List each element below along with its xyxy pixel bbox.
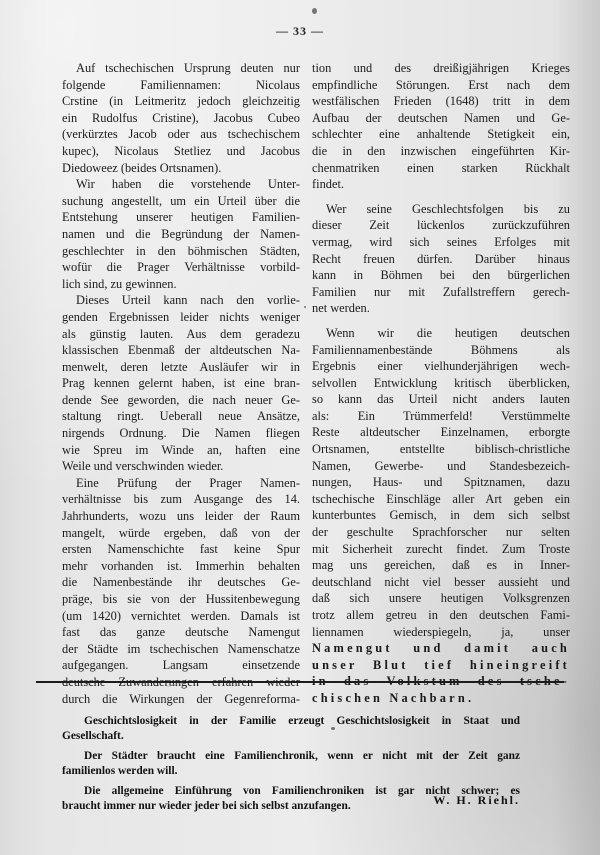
text-line: nungen, Haus- und Spitznamen, dazu: [312, 474, 570, 491]
quote-line: familienlos werden will.: [62, 764, 520, 779]
right-text-column: tion und des dreißigjährigen Krieges emp…: [312, 60, 570, 707]
text-line: chenmatriken einen starken Rückhalt: [312, 160, 570, 177]
text-line: selvollen Entwicklung kritisch überblick…: [312, 375, 570, 392]
text-line: der geschulte Sprachforscher nur selten: [312, 524, 570, 541]
text-line: Aufbau der deutschen Namen und Ge-: [312, 110, 570, 127]
text-line: Ortsnamen, entstellte biblisch-christlic…: [312, 441, 570, 458]
text-line: lich sind, zu gewinnen.: [62, 276, 300, 293]
text-line: Diedoweez (beides Ortsnamen).: [62, 160, 300, 177]
text-line: die Namenbestände ihr deutsches Ge-: [62, 574, 300, 591]
text-line: liennamen wiederspiegeln, ja, unser: [312, 624, 570, 641]
text-line: aufgegangen. Langsam einsetzende: [62, 657, 300, 674]
text-line-content: dieser Zeit lückenlos zurückzuführen: [312, 218, 570, 232]
text-line: der Städte im tschechischen Namenschatze: [62, 641, 300, 658]
emphasized-text-line: Namengut und damit auch: [312, 640, 570, 657]
paragraph: Auf tschechischen Ursprung deuten nur fo…: [62, 60, 300, 176]
text-line: Dieses Urteil kann nach den vorlie-: [62, 292, 300, 309]
text-line: tschechische Einschläge aller Art geben …: [312, 491, 570, 508]
quote-line: Gesellschaft.: [62, 729, 520, 744]
text-line: wie Spreu im Winde an, haften eine: [62, 442, 300, 459]
text-line: mangelt, würde ergeben, daß von der: [62, 525, 300, 542]
text-line: schlechter eine anhaltende Stetigkeit ei…: [312, 126, 570, 143]
text-line: mehr vorhanden ist. Immerhin behalten: [62, 558, 300, 575]
page-number: — 33 —: [0, 24, 600, 39]
paragraph: Wenn wir die heutigen deutschen Familien…: [312, 325, 570, 707]
text-line: Wenn wir die heutigen deutschen: [312, 325, 570, 342]
text-line: westfälischen Frieden (1648) tritt in de…: [312, 93, 570, 110]
text-line: namen und die Begründung der Namen-: [62, 226, 300, 243]
text-line: Entstehung unserer heutigen Familien-: [62, 209, 300, 226]
text-line: ein Rudolfus Cristine), Jacobus Cubeo: [62, 110, 300, 127]
text-line: als günstig lauten. Aus dem geradezu: [62, 326, 300, 343]
text-line: Jahrhunderts, wozu uns leider der Raum: [62, 508, 300, 525]
text-line: mag uns gereichen, daß es in Inner-: [312, 557, 570, 574]
text-line: Namen, Gewerbe- und Standesbezeich-: [312, 458, 570, 475]
paragraph: Wer seine Geschlechtsfolgen bis zu diese…: [312, 201, 570, 317]
quote-line: Der Städter braucht eine Familienchronik…: [62, 749, 520, 764]
text-line: findet.: [312, 176, 570, 193]
text-line: Eine Prüfung der Prager Namen-: [62, 475, 300, 492]
text-line: Weile und verschwinden wieder.: [62, 458, 300, 475]
text-line: so kann das Urteil nicht anders lauten: [312, 391, 570, 408]
quote-line: Geschichtslosigkeit in der Familie erzeu…: [62, 714, 520, 729]
paragraph: Eine Prüfung der Prager Namen- verhältni…: [62, 475, 300, 707]
quote-paragraph: Geschichtslosigkeit in der Familie erzeu…: [62, 714, 520, 743]
paragraph: Dieses Urteil kann nach den vorlie- gend…: [62, 292, 300, 475]
text-line: Ergebnis einer vielhunderjährigen wech-: [312, 358, 570, 375]
text-line: (verkürztes Jacob oder aus tschechischem: [62, 126, 300, 143]
text-line: mit Sicherheit zurecht findet. Zum Trost…: [312, 541, 570, 558]
text-line: Auf tschechischen Ursprung deuten nur: [62, 60, 300, 77]
horizontal-divider: [36, 681, 564, 683]
emphasized-text-line: chischen Nachbarn.: [312, 690, 570, 707]
ink-speck: [312, 8, 317, 14]
text-line: staltung ringt. Ueberall neue Ansätze,: [62, 408, 300, 425]
paragraph: Wir haben die vorstehende Unter- suchung…: [62, 176, 300, 292]
text-line: dieser Zeit lückenlos zurückzuführen: [312, 217, 570, 234]
text-line: net werden.: [312, 300, 570, 317]
text-line: menwelt, deren letzte Ausläufer wir in: [62, 359, 300, 376]
text-line: vermag, wird sich seines Erfolges mit: [312, 234, 570, 251]
text-line: kupec), Nicolaus Stetliez und Jacobus: [62, 143, 300, 160]
quote-author-signature: W. H. Riehl.: [410, 793, 520, 808]
text-line: geschlechter in den böhmischen Städten,: [62, 243, 300, 260]
text-line: kann in Böhmen bei den bürgerlichen: [312, 267, 570, 284]
text-line: verhältnisse bis zum Ausgange des 14.: [62, 491, 300, 508]
text-line: wofür die Prager Verhältnisse vorbild-: [62, 259, 300, 276]
quote-paragraph: Der Städter braucht eine Familienchronik…: [62, 749, 520, 778]
text-line: kunterbuntes Gemisch, in dem sich selbst: [312, 507, 570, 524]
text-line: folgende Familiennamen: Nicolaus: [62, 77, 300, 94]
text-line: Crstine (in Leitmeritz jedoch gleichzeit…: [62, 93, 300, 110]
text-line: Reste altdeutscher Einzelnamen, erborgte: [312, 424, 570, 441]
text-line: dende See geworden, die nach neuer Ge-: [62, 392, 300, 409]
text-line: Familien nur mit Zufallstreffern gerech-: [312, 284, 570, 301]
text-line: (um 1420) vernichtet werden. Damals ist: [62, 608, 300, 625]
text-line: präge, bis sie von der Hussitenbewegung: [62, 591, 300, 608]
text-line: als: Ein Trümmerfeld! Verstümmelte: [312, 408, 570, 425]
text-line: die in den inzwischen eingeführten Kir-: [312, 143, 570, 160]
text-line: Familiennamenbestände Böhmens als: [312, 342, 570, 359]
text-line: daß sich unsere heutigen Volksgrenzen: [312, 590, 570, 607]
paragraph: tion und des dreißigjährigen Krieges emp…: [312, 60, 570, 193]
text-line: Prag kennen gelernt haben, ist eine bran…: [62, 375, 300, 392]
text-line: empfindliche Störungen. Erst nach dem: [312, 77, 570, 94]
text-line: fast das ganze deutsche Namengut: [62, 624, 300, 641]
text-line: Wer seine Geschlechtsfolgen bis zu: [312, 201, 570, 218]
text-line: Recht freuen dürfen. Darüber hinaus: [312, 251, 570, 268]
text-line: ersten Namenschichte fast keine Spur: [62, 541, 300, 558]
text-line: nirgends Ordnung. Die Namen fliegen: [62, 425, 300, 442]
emphasized-text-line: unser Blut tief hineingreift: [312, 657, 570, 674]
text-line: tion und des dreißigjährigen Krieges: [312, 60, 570, 77]
text-line: suchung angestellt, um ein Urteil über d…: [62, 193, 300, 210]
ink-speck: [304, 306, 306, 308]
text-line: klassischen Ebenmaß der altdeutschen Na-: [62, 342, 300, 359]
left-text-column: Auf tschechischen Ursprung deuten nur fo…: [62, 60, 300, 707]
text-line: deutschland nicht viel besser aussieht u…: [312, 574, 570, 591]
text-line: Wir haben die vorstehende Unter-: [62, 176, 300, 193]
text-line: trotz allem getreu in den deutschen Fami…: [312, 607, 570, 624]
scanned-book-page: — 33 — Auf tschechischen Ursprung deuten…: [0, 0, 600, 855]
ink-speck: [331, 727, 335, 730]
text-line: genden Ergebnissen leider nichts weniger: [62, 309, 300, 326]
